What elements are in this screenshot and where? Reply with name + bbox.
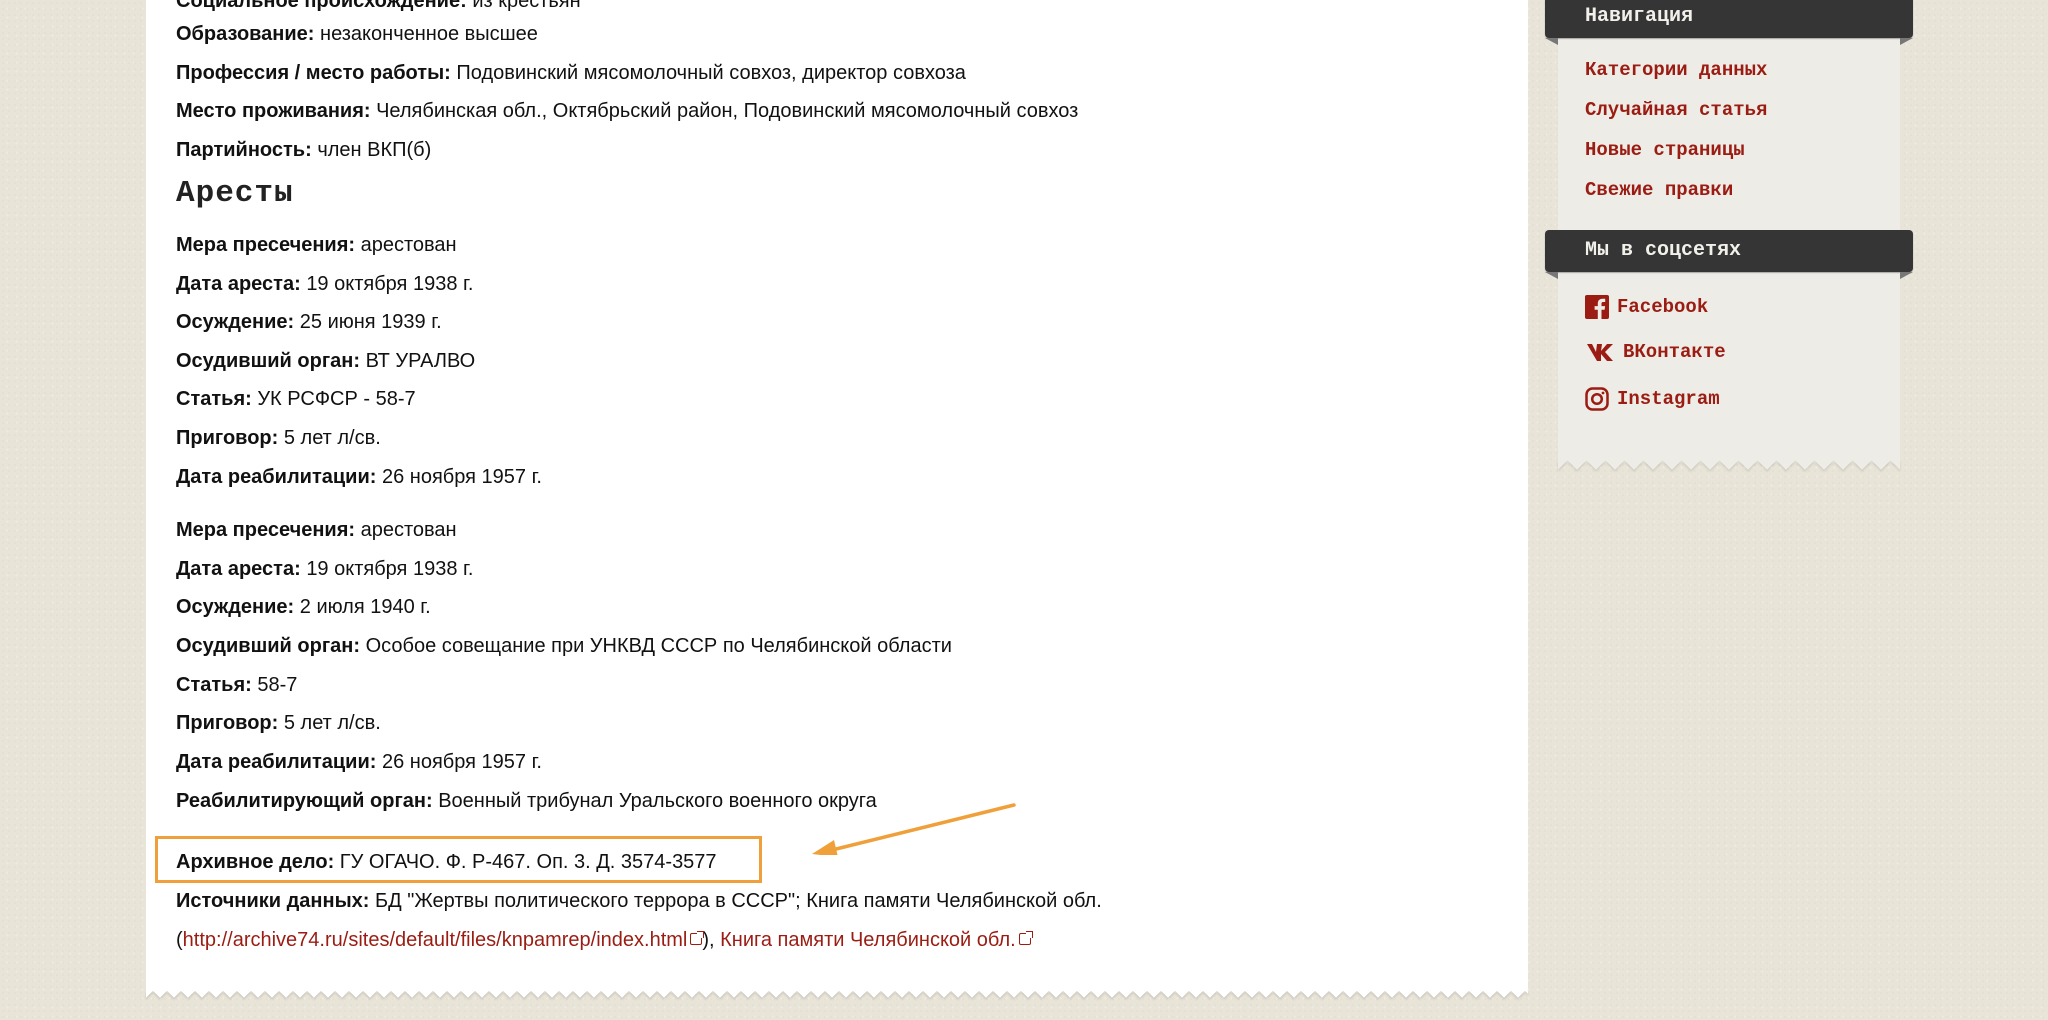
arrest2-measure: Мера пресечения: арестован [176,517,457,543]
external-link-icon [690,933,702,945]
field-residence: Место проживания: Челябинская обл., Октя… [176,98,1078,124]
arrest2-sentence: Приговор: 5 лет л/св. [176,710,381,736]
field-sources: Источники данных: БД "Жертвы политическо… [176,888,1102,914]
annotation-highlight-box [155,836,762,883]
arrest1-date: Дата ареста: 19 октября 1938 г. [176,271,473,297]
field-party: Партийность: член ВКП(б) [176,137,431,163]
social-link-instagram[interactable]: Instagram [1585,387,1720,411]
arrest1-sentence: Приговор: 5 лет л/св. [176,425,381,451]
vk-icon [1585,342,1615,362]
sidebar-torn-edge [1558,460,1900,470]
arrest1-court: Осудивший орган: ВТ УРАЛВО [176,348,475,374]
external-link-icon [1019,933,1031,945]
social-link-facebook[interactable]: Facebook [1585,295,1708,319]
facebook-icon [1585,295,1609,319]
sources-links: (http://archive74.ru/sites/default/files… [176,927,1031,953]
arrest2-court: Осудивший орган: Особое совещание при УН… [176,633,952,659]
memory-book-link[interactable]: Книга памяти Челябинской обл. [720,929,1016,951]
arrest1-article: Статья: УК РСФСР - 58-7 [176,386,416,412]
arrest2-date: Дата ареста: 19 октября 1938 г. [176,556,473,582]
instagram-icon [1585,387,1609,411]
arrest1-conviction: Осуждение: 25 июня 1939 г. [176,309,442,335]
nav-widget-header: Навигация [1545,0,1913,38]
field-profession: Профессия / место работы: Подовинский мя… [176,60,966,86]
social-widget-header: Мы в соцсетях [1545,230,1913,272]
arrest2-rehab-date: Дата реабилитации: 26 ноября 1957 г. [176,749,542,775]
annotation-arrow-icon [800,795,1030,855]
nav-item-data-categories[interactable]: Категории данных [1585,59,1767,81]
nav-item-random-article[interactable]: Случайная статья [1585,99,1767,121]
arrest2-rehab-body: Реабилитирующий орган: Военный трибунал … [176,788,877,814]
field-education: Образование: незаконченное высшее [176,21,538,47]
arrest1-measure: Мера пресечения: арестован [176,232,457,258]
archive74-link[interactable]: http://archive74.ru/sites/default/files/… [183,929,688,951]
arrest2-article: Статья: 58-7 [176,672,297,698]
social-link-vk[interactable]: ВКонтакте [1585,341,1726,363]
main-panel-torn-edge [146,990,1528,1000]
nav-item-recent-changes[interactable]: Свежие правки [1585,179,1733,201]
nav-item-new-pages[interactable]: Новые страницы [1585,139,1745,161]
field-social-origin: Социальное происхождение: из крестьян [176,0,581,14]
arrest2-conviction: Осуждение: 2 июля 1940 г. [176,594,431,620]
arrest1-rehab-date: Дата реабилитации: 26 ноября 1957 г. [176,464,542,490]
section-title-arrests: Аресты [176,176,294,211]
